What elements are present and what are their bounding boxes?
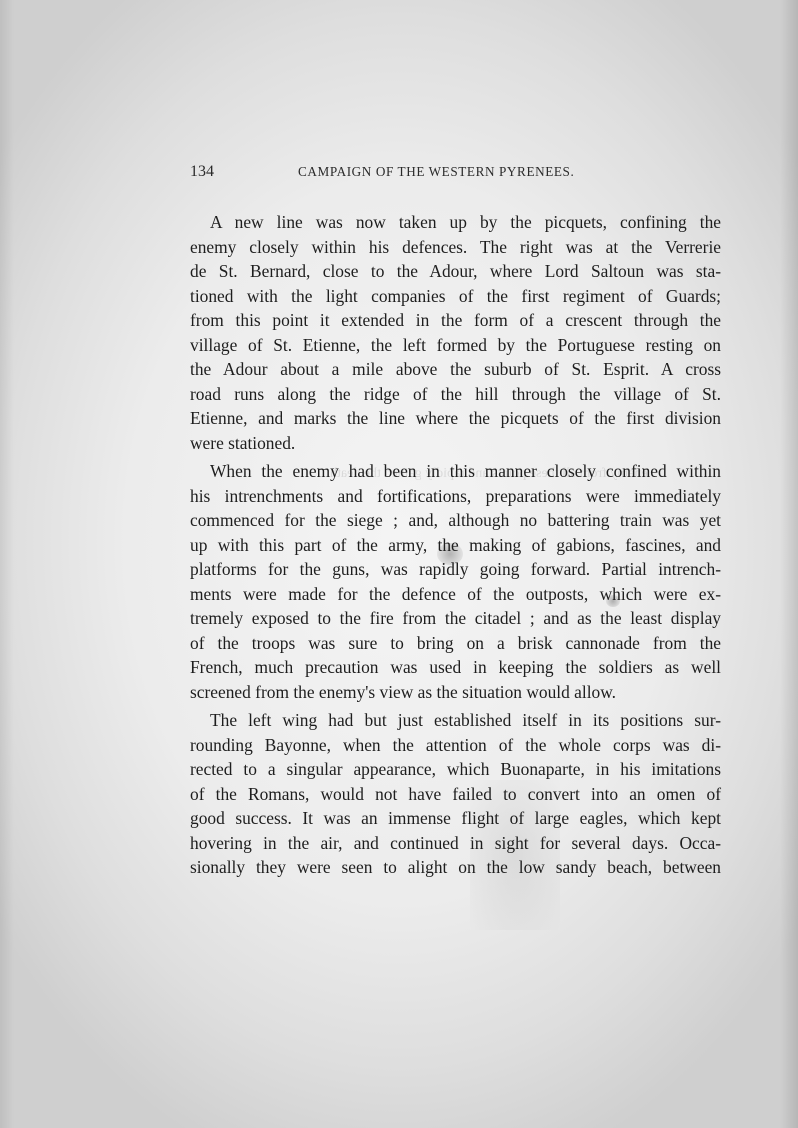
text-line: A new line was now taken up by the picqu…	[190, 210, 721, 235]
text-line: of the Romans, would not have failed to …	[190, 782, 721, 807]
text-line: screened from the enemy's view as the si…	[190, 680, 721, 705]
scanned-page: 134 CAMPAIGN OF THE WESTERN PYRENEES. en…	[0, 0, 798, 1128]
paragraph: When the enemy had been in this manner c…	[190, 459, 721, 704]
page-number: 134	[190, 163, 214, 181]
text-line: rected to a singular appearance, which B…	[190, 757, 721, 782]
text-line: The left wing had but just established i…	[190, 708, 721, 733]
body-text: A new line was now taken up by the picqu…	[190, 210, 721, 880]
page-edge-shadow-left	[0, 0, 14, 1128]
text-line: hovering in the air, and continued in si…	[190, 831, 721, 856]
text-line: the Adour about a mile above the suburb …	[190, 357, 721, 382]
text-line: de St. Bernard, close to the Adour, wher…	[190, 259, 721, 284]
text-line: commenced for the siege ; and, although …	[190, 508, 721, 533]
text-line: of the troops was sure to bring on a bri…	[190, 631, 721, 656]
text-line: road runs along the ridge of the hill th…	[190, 382, 721, 407]
text-line: When the enemy had been in this manner c…	[190, 459, 721, 484]
text-line: platforms for the guns, was rapidly goin…	[190, 557, 721, 582]
text-line: rounding Bayonne, when the attention of …	[190, 733, 721, 758]
text-line: were stationed.	[190, 431, 721, 456]
text-line: enemy closely within his defences. The r…	[190, 235, 721, 260]
running-title: CAMPAIGN OF THE WESTERN PYRENEES.	[298, 164, 574, 180]
paragraph: A new line was now taken up by the picqu…	[190, 210, 721, 455]
text-line: his intrenchments and fortifications, pr…	[190, 484, 721, 509]
page-edge-shadow-right	[780, 0, 798, 1128]
text-line: French, much precaution was used in keep…	[190, 655, 721, 680]
text-line: from this point it extended in the form …	[190, 308, 721, 333]
text-line: up with this part of the army, the makin…	[190, 533, 721, 558]
text-line: good success. It was an immense flight o…	[190, 806, 721, 831]
text-line: sionally they were seen to alight on the…	[190, 855, 721, 880]
text-line: tioned with the light companies of the f…	[190, 284, 721, 309]
text-line: village of St. Etienne, the left formed …	[190, 333, 721, 358]
text-line: ments were made for the defence of the o…	[190, 582, 721, 607]
paragraph: The left wing had but just established i…	[190, 708, 721, 880]
text-line: Etienne, and marks the line where the pi…	[190, 406, 721, 431]
text-line: tremely exposed to the fire from the cit…	[190, 606, 721, 631]
running-head: 134 CAMPAIGN OF THE WESTERN PYRENEES.	[190, 163, 730, 185]
